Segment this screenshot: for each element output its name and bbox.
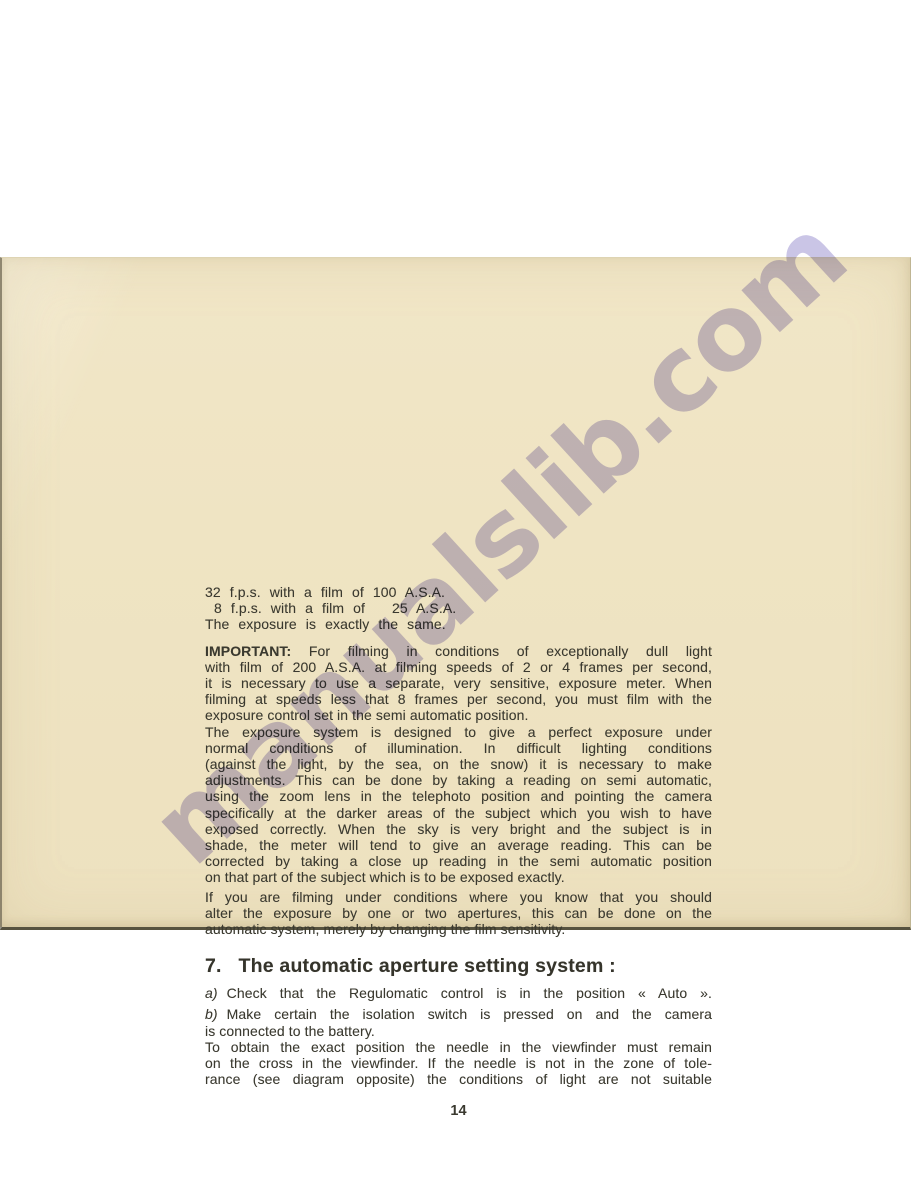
scan-canvas: 32 f.p.s. with a film of 100 A.S.A. 8 f.… bbox=[0, 0, 918, 1188]
text-line: specifically at the darker areas of the … bbox=[205, 805, 712, 821]
text-line: on the cross in the viewfinder. If the n… bbox=[205, 1055, 712, 1071]
italic-marker: b) bbox=[205, 1006, 218, 1022]
text-line: corrected by taking a close up reading i… bbox=[205, 853, 712, 869]
text-line: exposure control set in the semi automat… bbox=[205, 707, 712, 723]
text-line: 8 f.p.s. with a film of 25 A.S.A. bbox=[205, 600, 712, 616]
manual-page: 32 f.p.s. with a film of 100 A.S.A. 8 f.… bbox=[0, 257, 911, 930]
text-line: is connected to the battery. bbox=[205, 1023, 712, 1039]
text-line: exposed correctly. When the sky is very … bbox=[205, 821, 712, 837]
text-line: (against the light, by the sea, on the s… bbox=[205, 756, 712, 772]
bold-run: IMPORTANT: bbox=[205, 643, 291, 659]
section-heading: 7. The automatic aperture setting system… bbox=[205, 955, 712, 977]
text-line: The exposure is exactly the same. bbox=[205, 616, 712, 632]
text-line: automatic system, merely by changing the… bbox=[205, 921, 712, 937]
text-line: it is necessary to use a separate, very … bbox=[205, 675, 712, 691]
paragraph: To obtain the exact position the needle … bbox=[205, 1039, 712, 1088]
text-line: The exposure system is designed to give … bbox=[205, 724, 712, 740]
text-line: using the zoom lens in the telephoto pos… bbox=[205, 788, 712, 804]
page-number: 14 bbox=[205, 1103, 712, 1119]
page-text-column: 32 f.p.s. with a film of 100 A.S.A. 8 f.… bbox=[205, 584, 712, 1087]
text-line: rance (see diagram opposite) the conditi… bbox=[205, 1071, 712, 1087]
text-line: adjustments. This can be done by taking … bbox=[205, 772, 712, 788]
italic-marker: a) bbox=[205, 985, 218, 1001]
text-line: IMPORTANT: For filming in conditions of … bbox=[205, 643, 712, 659]
text-line: b)Make certain the isolation switch is p… bbox=[205, 1006, 712, 1022]
text-line: To obtain the exact position the needle … bbox=[205, 1039, 712, 1055]
paragraph: IMPORTANT: For filming in conditions of … bbox=[205, 643, 712, 724]
paragraph: The exposure system is designed to give … bbox=[205, 724, 712, 886]
text-line: If you are filming under conditions wher… bbox=[205, 889, 712, 905]
paragraph: b)Make certain the isolation switch is p… bbox=[205, 1006, 712, 1038]
text-line: 32 f.p.s. with a film of 100 A.S.A. bbox=[205, 584, 712, 600]
text-line: shade, the meter will tend to give an av… bbox=[205, 837, 712, 853]
paragraph: a)Check that the Regulomatic control is … bbox=[205, 985, 712, 1001]
paragraph: 32 f.p.s. with a film of 100 A.S.A. 8 f.… bbox=[205, 584, 712, 633]
paragraph: If you are filming under conditions wher… bbox=[205, 889, 712, 938]
text-line: a)Check that the Regulomatic control is … bbox=[205, 985, 712, 1001]
text-line: with film of 200 A.S.A. at filming speed… bbox=[205, 659, 712, 675]
text-line: normal conditions of illumination. In di… bbox=[205, 740, 712, 756]
text-line: filming at speeds less that 8 frames per… bbox=[205, 691, 712, 707]
text-line: alter the exposure by one or two apertur… bbox=[205, 905, 712, 921]
text-line: on that part of the subject which is to … bbox=[205, 869, 712, 885]
